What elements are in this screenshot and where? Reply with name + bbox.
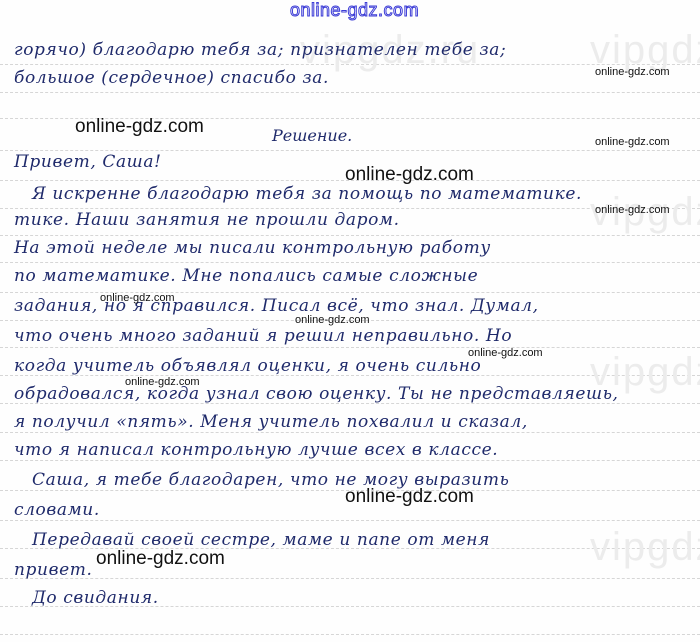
greeting: Привет, Саша! <box>14 152 162 172</box>
watermark: online-gdz.com <box>595 204 670 216</box>
ruled-line <box>0 235 700 236</box>
ruled-line <box>0 347 700 348</box>
watermark: online-gdz.com <box>96 548 225 570</box>
letter-line: когда учитель объявлял оценки, я очень с… <box>14 356 481 376</box>
watermark: online-gdz.com <box>345 164 474 186</box>
intro-line: большое (сердечное) спасибо за. <box>14 68 329 88</box>
letter-line: тике. Наши занятия не прошли даром. <box>14 210 400 230</box>
ruled-line <box>0 634 700 635</box>
watermark: online-gdz.com <box>345 486 474 508</box>
watermark: online-gdz.com <box>75 116 204 138</box>
ruled-line <box>0 460 700 461</box>
letter-line: задания, но я справился. Писал всё, что … <box>14 296 539 316</box>
ruled-line <box>0 578 700 579</box>
letter-line: я получил «пять». Меня учитель похвалил … <box>14 412 528 432</box>
handwritten-page: vipgdz.ru vipgdz.ru vipgdz.ru vipgdz.ru … <box>0 0 700 642</box>
letter-line: На этой неделе мы писали контрольную раб… <box>14 238 491 258</box>
solution-heading: Решение. <box>272 126 352 145</box>
letter-line: Я искренне благодарю тебя за помощь по м… <box>32 184 582 204</box>
ruled-line <box>0 520 700 521</box>
top-watermark: online-gdz.com <box>290 0 419 21</box>
letter-line: Передавай своей сестре, маме и папе от м… <box>32 530 490 550</box>
letter-line: привет. <box>14 560 92 580</box>
letter-line: что я написал контрольную лучше всех в к… <box>14 440 498 460</box>
ruled-line <box>0 432 700 433</box>
letter-line: словами. <box>14 500 100 520</box>
ghost-watermark: vipgdz.ru <box>590 525 700 570</box>
watermark: online-gdz.com <box>295 314 370 326</box>
watermark: online-gdz.com <box>468 347 543 359</box>
letter-line: что очень много заданий я решил неправил… <box>14 326 512 346</box>
letter-line: обрадовался, когда узнал свою оценку. Ты… <box>14 384 619 404</box>
letter-line: по математике. Мне попались самые сложны… <box>14 266 478 286</box>
watermark: online-gdz.com <box>100 292 175 304</box>
watermark: online-gdz.com <box>125 376 200 388</box>
watermark: online-gdz.com <box>595 66 670 78</box>
ruled-line <box>0 150 700 151</box>
letter-line: До свидания. <box>32 588 159 608</box>
watermark: online-gdz.com <box>595 136 670 148</box>
ruled-line <box>0 262 700 263</box>
ruled-line <box>0 92 700 93</box>
intro-line: горячо) благодарю тебя за; признателен т… <box>14 40 506 60</box>
